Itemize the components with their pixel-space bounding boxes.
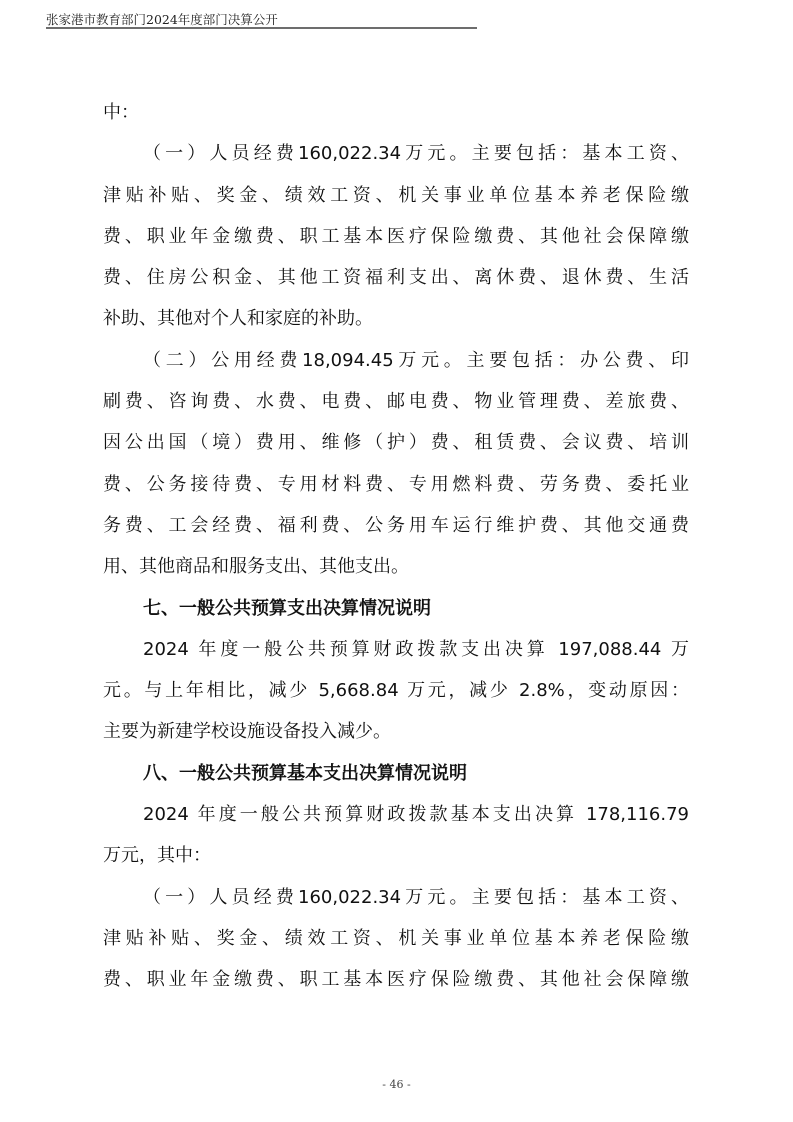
- text-line: 万元，其中：: [103, 835, 689, 876]
- text-line: 费、职业年金缴费、职工基本医疗保险缴费、其他社会保障缴: [103, 216, 689, 257]
- text-line: 2024 年度一般公共预算财政拨款支出决算 197,088.44 万: [103, 629, 689, 670]
- text-line: （一）人员经费160,022.34万元。主要包括：基本工资、: [103, 133, 689, 174]
- text-line: 务费、工会经费、福利费、公务用车运行维护费、其他交通费: [103, 505, 689, 546]
- text-line: 主要为新建学校设施设备投入减少。: [103, 711, 689, 752]
- running-header: 张家港市教育部门2024年度部门决算公开: [46, 10, 478, 28]
- document-body: 中： （一）人员经费160,022.34万元。主要包括：基本工资、 津贴补贴、奖…: [103, 92, 689, 1001]
- section-heading: 七、一般公共预算支出决算情况说明: [103, 588, 689, 629]
- page-number: - 46 -: [0, 1078, 793, 1091]
- text-line: 费、住房公积金、其他工资福利支出、离休费、退休费、生活: [103, 257, 689, 298]
- header-divider: [46, 27, 477, 29]
- text-line: 津贴补贴、奖金、绩效工资、机关事业单位基本养老保险缴: [103, 918, 689, 959]
- section-heading: 八、一般公共预算基本支出决算情况说明: [103, 753, 689, 794]
- text-line: 2024 年度一般公共预算财政拨款基本支出决算 178,116.79: [103, 794, 689, 835]
- text-line: 费、职业年金缴费、职工基本医疗保险缴费、其他社会保障缴: [103, 959, 689, 1000]
- text-line: 费、公务接待费、专用材料费、专用燃料费、劳务费、委托业: [103, 464, 689, 505]
- text-line: （二）公用经费18,094.45万元。主要包括：办公费、印: [103, 340, 689, 381]
- text-line: 补助、其他对个人和家庭的补助。: [103, 298, 689, 339]
- text-line: 因公出国（境）费用、维修（护）费、租赁费、会议费、培训: [103, 422, 689, 463]
- text-line: 中：: [103, 92, 689, 133]
- text-line: 用、其他商品和服务支出、其他支出。: [103, 546, 689, 587]
- text-line: 元。与上年相比，减少 5,668.84 万元，减少 2.8%，变动原因：: [103, 670, 689, 711]
- text-line: （一）人员经费160,022.34万元。主要包括：基本工资、: [103, 877, 689, 918]
- text-line: 刷费、咨询费、水费、电费、邮电费、物业管理费、差旅费、: [103, 381, 689, 422]
- text-line: 津贴补贴、奖金、绩效工资、机关事业单位基本养老保险缴: [103, 175, 689, 216]
